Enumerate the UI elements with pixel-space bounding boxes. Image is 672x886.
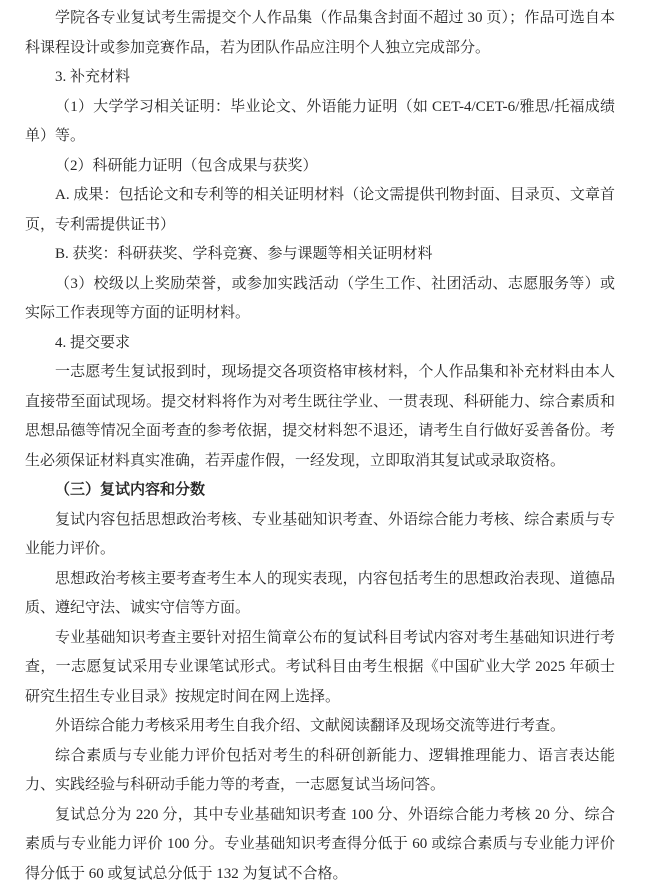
paragraph-research-ability-proof: （2）科研能力证明（包含成果与获奖） — [25, 152, 615, 182]
paragraph-ideological-assessment: 思想政治考核主要考查考生本人的现实表现，内容包括考生的思想政治表现、道德品质、遵… — [25, 565, 615, 624]
heading-supplementary-materials: 3. 补充材料 — [25, 63, 615, 93]
paragraph-foreign-language-assessment: 外语综合能力考核采用考生自我介绍、文献阅读翻译及现场交流等进行考查。 — [25, 712, 615, 742]
paragraph-awards-item: B. 获奖：科研获奖、学科竞赛、参与课题等相关证明材料 — [25, 240, 615, 270]
heading-submission-requirements: 4. 提交要求 — [25, 329, 615, 359]
paragraph-achievements-item: A. 成果：包括论文和专利等的相关证明材料（论文需提供刊物封面、目录页、文章首页… — [25, 181, 615, 240]
paragraph-portfolio-requirement: 学院各专业复试考生需提交个人作品集（作品集含封面不超过 30 页）；作品可选自本… — [25, 4, 615, 63]
paragraph-score-breakdown: 复试总分为 220 分，其中专业基础知识考查 100 分、外语综合能力考核 20… — [25, 801, 615, 886]
paragraph-professional-knowledge-exam: 专业基础知识考查主要针对招生简章公布的复试科目考试内容对考生基础知识进行考查，一… — [25, 624, 615, 713]
paragraph-university-study-proof: （1）大学学习相关证明：毕业论文、外语能力证明（如 CET-4/CET-6/雅思… — [25, 93, 615, 152]
heading-retest-content-and-scores: （三）复试内容和分数 — [25, 476, 615, 506]
paragraph-retest-content-overview: 复试内容包括思想政治考核、专业基础知识考查、外语综合能力考核、综合素质与专业能力… — [25, 506, 615, 565]
document-page: 学院各专业复试考生需提交个人作品集（作品集含封面不超过 30 页）；作品可选自本… — [0, 0, 672, 886]
paragraph-submission-details: 一志愿考生复试报到时，现场提交各项资格审核材料，个人作品集和补充材料由本人直接带… — [25, 358, 615, 476]
paragraph-comprehensive-quality-eval: 综合素质与专业能力评价包括对考生的科研创新能力、逻辑推理能力、语言表达能力、实践… — [25, 742, 615, 801]
paragraph-honors-and-practice: （3）校级以上奖励荣誉，或参加实践活动（学生工作、社团活动、志愿服务等）或实际工… — [25, 270, 615, 329]
